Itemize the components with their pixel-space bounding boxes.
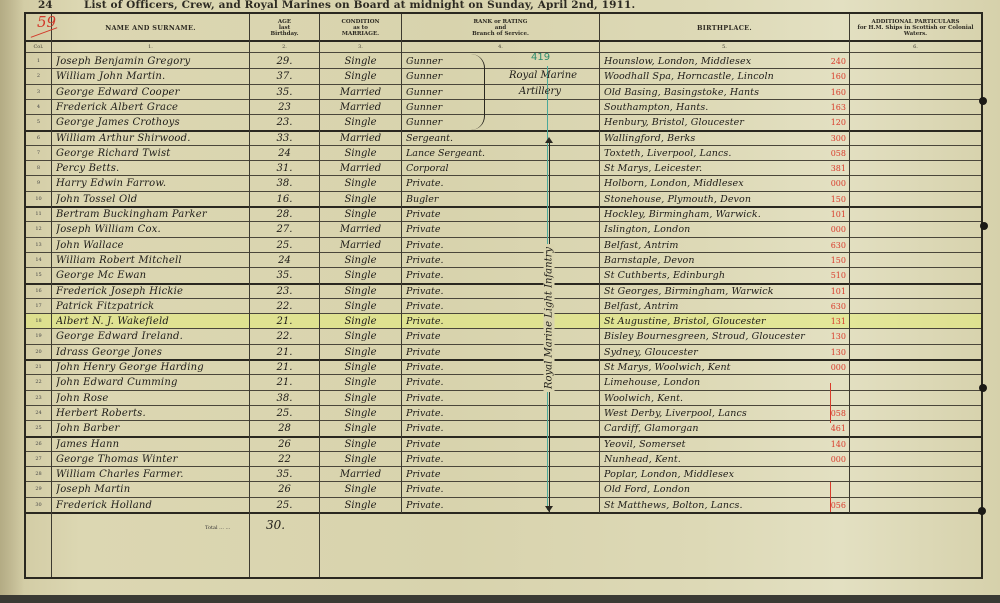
row-number: 12 <box>26 222 51 237</box>
birthplace-cell: St Augustine, Bristol, Gloucester <box>604 314 826 329</box>
name-cell: Albert N. J. Wakefield <box>56 314 248 329</box>
condition-cell: Married <box>320 238 401 253</box>
rank-cell: Private <box>406 329 496 344</box>
condition-cell: Single <box>320 207 401 222</box>
table-row[interactable]: 19George Edward Ireland.22.SinglePrivate… <box>26 329 981 344</box>
condition-cell: Single <box>320 146 401 161</box>
rank-cell: Private. <box>406 299 496 314</box>
header-birthplace: BIRTHPLACE. <box>600 14 849 41</box>
condition-cell: Single <box>320 345 401 360</box>
row-number: 22 <box>26 375 51 390</box>
age-cell: 27. <box>250 222 319 237</box>
age-cell: 25. <box>250 406 319 421</box>
row-number: 26 <box>26 437 51 452</box>
birthplace-cell: Woodhall Spa, Horncastle, Lincoln <box>604 69 826 84</box>
rank-cell: Private. <box>406 498 496 513</box>
age-cell: 37. <box>250 69 319 84</box>
age-cell: 38. <box>250 391 319 406</box>
occupation-code: 058 <box>816 406 846 421</box>
rank-cell: Bugler <box>406 192 496 207</box>
occupation-code: 163 <box>816 100 846 115</box>
birthplace-cell: Sydney, Gloucester <box>604 345 826 360</box>
occupation-code: 510 <box>816 268 846 283</box>
row-number: 9 <box>26 176 51 191</box>
rank-cell: Private. <box>406 284 496 299</box>
birthplace-cell: St Marys, Woolwich, Kent <box>604 360 826 375</box>
occupation-code: 058 <box>816 146 846 161</box>
row-number: 29 <box>26 482 51 497</box>
birthplace-cell: Bisley Bournesgreen, Stroud, Gloucester <box>604 329 826 344</box>
page-header: 24 List of Officers, Crew, and Royal Mar… <box>0 0 1000 12</box>
row-number: 30 <box>26 498 51 513</box>
rank-cell: Private <box>406 437 496 452</box>
rank-cell: Private. <box>406 268 496 283</box>
table-row[interactable]: 27George Thomas Winter22SinglePrivate.Nu… <box>26 452 981 467</box>
name-cell: George Edward Cooper <box>56 85 248 100</box>
occupation-code: 130 <box>816 345 846 360</box>
age-cell: 25. <box>250 498 319 513</box>
table-row[interactable]: 22John Edward Cumming21.SinglePrivate.Li… <box>26 375 981 390</box>
birthplace-cell: Southampton, Hants. <box>604 100 826 115</box>
condition-cell: Single <box>320 498 401 513</box>
birthplace-cell: St Cuthberts, Edinburgh <box>604 268 826 283</box>
col-divider <box>401 14 402 513</box>
row-number: 18 <box>26 314 51 329</box>
rank-cell: Private. <box>406 406 496 421</box>
condition-cell: Single <box>320 314 401 329</box>
occupation-code: 150 <box>816 192 846 207</box>
age-cell: 23. <box>250 115 319 130</box>
name-cell: William Arthur Shirwood. <box>56 131 248 146</box>
row-number: 15 <box>26 268 51 283</box>
table-row[interactable]: 16Frederick Joseph Hickie23.SinglePrivat… <box>26 284 981 299</box>
name-cell: William Robert Mitchell <box>56 253 248 268</box>
colnum-divider <box>26 52 981 53</box>
condition-cell: Single <box>320 299 401 314</box>
condition-cell: Married <box>320 85 401 100</box>
name-cell: Joseph Martin <box>56 482 248 497</box>
age-cell: 21. <box>250 375 319 390</box>
page-title: List of Officers, Crew, and Royal Marine… <box>84 0 635 11</box>
red-ditto-line <box>830 383 831 423</box>
rank-cell: Private. <box>406 452 496 467</box>
table-row[interactable]: 30Frederick Holland25.SinglePrivate.St M… <box>26 498 981 513</box>
condition-cell: Married <box>320 131 401 146</box>
header-rank: RANK or RATING and Branch of Service. <box>402 14 599 41</box>
table-row[interactable]: 3George Edward Cooper35.MarriedGunnerOld… <box>26 85 981 100</box>
condition-cell: Single <box>320 375 401 390</box>
name-cell: Idrass George Jones <box>56 345 248 360</box>
name-cell: John Barber <box>56 421 248 436</box>
condition-cell: Single <box>320 406 401 421</box>
name-cell: Joseph Benjamin Gregory <box>56 54 248 69</box>
age-cell: 16. <box>250 192 319 207</box>
name-cell: John Henry George Harding <box>56 360 248 375</box>
arrow-down-icon <box>545 506 553 512</box>
birthplace-cell: West Derby, Liverpool, Lancs <box>604 406 826 421</box>
rank-cell: Private. <box>406 421 496 436</box>
red-ditto-line <box>830 482 831 512</box>
table-row[interactable]: 7George Richard Twist24SingleLance Serge… <box>26 146 981 161</box>
table-row[interactable]: 10John Tossel Old16.SingleBuglerStonehou… <box>26 192 981 207</box>
name-cell: George James Crothoys <box>56 115 248 130</box>
rank-cell: Private. <box>406 314 496 329</box>
row-number: 27 <box>26 452 51 467</box>
name-cell: James Hann <box>56 437 248 452</box>
header-age: AGE last Birthday. <box>250 14 319 41</box>
row-number: 4 <box>26 100 51 115</box>
occupation-code: 000 <box>816 360 846 375</box>
birthplace-cell: Wallingford, Berks <box>604 131 826 146</box>
row-number: 13 <box>26 238 51 253</box>
name-cell: George Edward Ireland. <box>56 329 248 344</box>
name-cell: Frederick Joseph Hickie <box>56 284 248 299</box>
name-cell: John Tossel Old <box>56 192 248 207</box>
row-number: 7 <box>26 146 51 161</box>
occupation-code: 101 <box>816 284 846 299</box>
row-number: 23 <box>26 391 51 406</box>
occupation-code: 140 <box>816 437 846 452</box>
age-cell: 21. <box>250 345 319 360</box>
birthplace-cell: St Marys, Leicester. <box>604 161 826 176</box>
name-cell: John Rose <box>56 391 248 406</box>
occupation-code: 381 <box>816 161 846 176</box>
age-cell: 33. <box>250 131 319 146</box>
occupation-code: 131 <box>816 314 846 329</box>
birthplace-cell: Belfast, Antrim <box>604 238 826 253</box>
col-divider <box>849 14 850 513</box>
punch-hole <box>980 222 988 230</box>
birthplace-cell: Old Basing, Basingstoke, Hants <box>604 85 826 100</box>
birthplace-cell: Holborn, London, Middlesex <box>604 176 826 191</box>
row-number: 11 <box>26 207 51 222</box>
occupation-code: 630 <box>816 238 846 253</box>
header-name: NAME AND SURNAME. <box>52 14 249 41</box>
condition-cell: Married <box>320 467 401 482</box>
condition-cell: Single <box>320 391 401 406</box>
arrow-up-icon <box>545 137 553 143</box>
condition-cell: Single <box>320 69 401 84</box>
row-number: 28 <box>26 467 51 482</box>
birthplace-cell: Hockley, Birmingham, Warwick. <box>604 207 826 222</box>
table-row[interactable]: 14William Robert Mitchell24SinglePrivate… <box>26 253 981 268</box>
col-divider <box>249 14 250 577</box>
col-divider <box>51 14 52 577</box>
occupation-code: 160 <box>816 85 846 100</box>
birthplace-cell: Hounslow, London, Middlesex <box>604 54 826 69</box>
table-row[interactable]: 24Herbert Roberts.25.SinglePrivate.West … <box>26 406 981 421</box>
punch-hole <box>978 507 986 515</box>
name-cell: Frederick Albert Grace <box>56 100 248 115</box>
birthplace-cell: Stonehouse, Plymouth, Devon <box>604 192 826 207</box>
occupation-code: 101 <box>816 207 846 222</box>
occupation-code: 150 <box>816 253 846 268</box>
name-cell: William John Martin. <box>56 69 248 84</box>
header-divider <box>26 40 981 42</box>
row-number: 1 <box>26 54 51 69</box>
branch-light-infantry: Royal Marine Light Infantry <box>544 244 555 392</box>
occupation-code <box>816 391 846 406</box>
table-row[interactable]: 29Joseph Martin26SinglePrivate.Old Ford,… <box>26 482 981 497</box>
occupation-code <box>816 375 846 390</box>
rank-cell: Private. <box>406 391 496 406</box>
rank-cell: Private. <box>406 238 496 253</box>
page-number: 24 <box>38 0 53 11</box>
condition-cell: Single <box>320 482 401 497</box>
table-row[interactable]: 23John Rose38.SinglePrivate.Woolwich, Ke… <box>26 391 981 406</box>
row-number: 19 <box>26 329 51 344</box>
rank-cell: Private <box>406 207 496 222</box>
name-cell: John Edward Cumming <box>56 375 248 390</box>
age-cell: 28. <box>250 207 319 222</box>
row-number: 3 <box>26 85 51 100</box>
birthplace-cell: Belfast, Antrim <box>604 299 826 314</box>
condition-cell: Single <box>320 360 401 375</box>
occupation-code: 120 <box>816 115 846 130</box>
condition-cell: Married <box>320 100 401 115</box>
binding-shadow <box>0 0 24 595</box>
table-row[interactable]: 5George James Crothoys23.SingleGunnerHen… <box>26 115 981 130</box>
condition-cell: Married <box>320 222 401 237</box>
name-cell: William Charles Farmer. <box>56 467 248 482</box>
age-cell: 24 <box>250 253 319 268</box>
artillery-brace <box>470 54 485 130</box>
table-row[interactable]: 12Joseph William Cox.27.MarriedPrivateIs… <box>26 222 981 237</box>
rank-cell: Private <box>406 222 496 237</box>
row-number: 8 <box>26 161 51 176</box>
name-cell: John Wallace <box>56 238 248 253</box>
body-bottom-divider <box>26 512 981 514</box>
row-number: 5 <box>26 115 51 130</box>
birthplace-cell: St Georges, Birmingham, Warwick <box>604 284 826 299</box>
name-cell: Frederick Holland <box>56 498 248 513</box>
punch-hole <box>979 97 987 105</box>
rank-cell: Corporal <box>406 161 496 176</box>
name-cell: Joseph William Cox. <box>56 222 248 237</box>
condition-cell: Single <box>320 54 401 69</box>
birthplace-cell: Toxteth, Liverpool, Lancs. <box>604 146 826 161</box>
occupation-code <box>816 467 846 482</box>
row-number: 14 <box>26 253 51 268</box>
row-number: 24 <box>26 406 51 421</box>
occupation-code: 000 <box>816 176 846 191</box>
name-cell: Harry Edwin Farrow. <box>56 176 248 191</box>
row-number: 2 <box>26 69 51 84</box>
occupation-code: 130 <box>816 329 846 344</box>
condition-cell: Single <box>320 253 401 268</box>
age-cell: 38. <box>250 176 319 191</box>
age-cell: 23 <box>250 100 319 115</box>
birthplace-cell: Nunhead, Kent. <box>604 452 826 467</box>
table-row[interactable]: 6William Arthur Shirwood.33.MarriedSerge… <box>26 131 981 146</box>
birthplace-cell: Old Ford, London <box>604 482 826 497</box>
occupation-code: 000 <box>816 222 846 237</box>
age-cell: 26 <box>250 437 319 452</box>
name-cell: Percy Betts. <box>56 161 248 176</box>
birthplace-cell: Yeovil, Somerset <box>604 437 826 452</box>
row-number: 25 <box>26 421 51 436</box>
birthplace-cell: Poplar, London, Middlesex <box>604 467 826 482</box>
header-additional: ADDITIONAL PARTICULARS for H.M. Ships in… <box>850 14 981 41</box>
birthplace-cell: Limehouse, London <box>604 375 826 390</box>
age-cell: 28 <box>250 421 319 436</box>
age-cell: 21. <box>250 360 319 375</box>
table-row[interactable]: 18Albert N. J. Wakefield21.SinglePrivate… <box>26 314 981 329</box>
age-cell: 35. <box>250 268 319 283</box>
occupation-code: 461 <box>816 421 846 436</box>
birthplace-cell: Woolwich, Kent. <box>604 391 826 406</box>
condition-cell: Married <box>320 161 401 176</box>
occupation-code: 300 <box>816 131 846 146</box>
occupation-code: 160 <box>816 69 846 84</box>
birthplace-cell: Henbury, Bristol, Gloucester <box>604 115 826 130</box>
name-cell: Bertram Buckingham Parker <box>56 207 248 222</box>
condition-cell: Single <box>320 268 401 283</box>
rank-cell: Private. <box>406 360 496 375</box>
occupation-code: 000 <box>816 452 846 467</box>
age-cell: 29. <box>250 54 319 69</box>
age-cell: 22. <box>250 329 319 344</box>
age-cell: 22. <box>250 299 319 314</box>
crew-table: NAME AND SURNAME. AGE last Birthday. CON… <box>24 12 983 579</box>
table-row[interactable]: 28William Charles Farmer.35.MarriedPriva… <box>26 467 981 482</box>
row-number: 6 <box>26 131 51 146</box>
branch-artillery-line2: Artillery <box>519 86 561 97</box>
table-row[interactable]: 11Bertram Buckingham Parker28.SinglePriv… <box>26 207 981 222</box>
total-value: 30. <box>266 518 285 532</box>
col-divider <box>599 14 600 513</box>
table-row[interactable]: 2William John Martin.37.SingleGunnerWood… <box>26 69 981 84</box>
condition-cell: Single <box>320 437 401 452</box>
occupation-code: 240 <box>816 54 846 69</box>
condition-cell: Single <box>320 176 401 191</box>
age-cell: 21. <box>250 314 319 329</box>
table-row[interactable]: 9Harry Edwin Farrow.38.SinglePrivate.Hol… <box>26 176 981 191</box>
table-row[interactable]: 8Percy Betts.31.MarriedCorporalSt Marys,… <box>26 161 981 176</box>
condition-cell: Single <box>320 115 401 130</box>
condition-cell: Single <box>320 284 401 299</box>
rank-cell: Private. <box>406 176 496 191</box>
table-row[interactable]: 17Patrick Fitzpatrick22.SinglePrivate.Be… <box>26 299 981 314</box>
name-cell: George Richard Twist <box>56 146 248 161</box>
rank-cell: Private <box>406 345 496 360</box>
condition-cell: Single <box>320 452 401 467</box>
condition-cell: Single <box>320 192 401 207</box>
birthplace-cell: Cardiff, Glamorgan <box>604 421 826 436</box>
branch-artillery-line1: Royal Marine <box>509 70 577 81</box>
rank-cell: Private. <box>406 253 496 268</box>
table-row[interactable]: 21John Henry George Harding21.SinglePriv… <box>26 360 981 375</box>
header-condition: CONDITION as to MARRIAGE. <box>320 14 401 41</box>
age-cell: 26 <box>250 482 319 497</box>
rank-cell: Sergeant. <box>406 131 496 146</box>
table-row[interactable]: 13John Wallace25.MarriedPrivate.Belfast,… <box>26 238 981 253</box>
row-number: 21 <box>26 360 51 375</box>
table-row[interactable]: 15George Mc Ewan35.SinglePrivate.St Cuth… <box>26 268 981 283</box>
age-cell: 23. <box>250 284 319 299</box>
table-row[interactable]: 4Frederick Albert Grace23MarriedGunnerSo… <box>26 100 981 115</box>
birthplace-cell: St Matthews, Bolton, Lancs. <box>604 498 826 513</box>
punch-hole <box>979 384 987 392</box>
name-cell: George Mc Ewan <box>56 268 248 283</box>
row-number: 17 <box>26 299 51 314</box>
condition-cell: Single <box>320 421 401 436</box>
birthplace-cell: Islington, London <box>604 222 826 237</box>
table-row[interactable]: 26James Hann26SinglePrivateYeovil, Somer… <box>26 437 981 452</box>
branch-count-annotation: 419 <box>531 52 550 63</box>
occupation-code <box>816 482 846 497</box>
row-number: 20 <box>26 345 51 360</box>
birthplace-cell: Barnstaple, Devon <box>604 253 826 268</box>
row-number: 10 <box>26 192 51 207</box>
name-cell: Patrick Fitzpatrick <box>56 299 248 314</box>
table-row[interactable]: 1Joseph Benjamin Gregory29.SingleGunnerH… <box>26 54 981 69</box>
name-cell: Herbert Roberts. <box>56 406 248 421</box>
rank-cell: Private. <box>406 482 496 497</box>
col-divider <box>319 14 320 577</box>
census-page: 24 List of Officers, Crew, and Royal Mar… <box>0 0 1000 595</box>
table-row[interactable]: 25John Barber28SinglePrivate.Cardiff, Gl… <box>26 421 981 436</box>
name-cell: George Thomas Winter <box>56 452 248 467</box>
total-label: Total ... ... <box>205 525 230 531</box>
row-number: 16 <box>26 284 51 299</box>
age-cell: 24 <box>250 146 319 161</box>
age-cell: 35. <box>250 85 319 100</box>
occupation-code: 056 <box>816 498 846 513</box>
age-cell: 31. <box>250 161 319 176</box>
rank-cell: Private. <box>406 375 496 390</box>
age-cell: 35. <box>250 467 319 482</box>
age-cell: 22 <box>250 452 319 467</box>
table-row[interactable]: 20Idrass George Jones21.SinglePrivateSyd… <box>26 345 981 360</box>
age-cell: 25. <box>250 238 319 253</box>
rank-cell: Lance Sergeant. <box>406 146 496 161</box>
condition-cell: Single <box>320 329 401 344</box>
occupation-code: 630 <box>816 299 846 314</box>
rank-cell: Private <box>406 467 496 482</box>
